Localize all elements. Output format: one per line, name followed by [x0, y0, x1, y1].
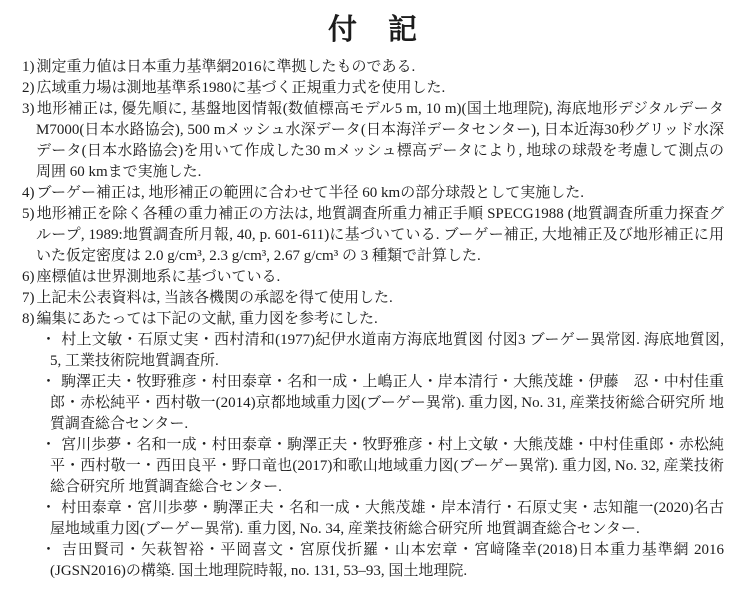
- note-text: ブーゲー補正は, 地形補正の範囲に合わせて半径 60 kmの部分球殻として実施し…: [37, 185, 584, 201]
- note-text: 広域重力場は測地基準系1980に基づく正規重力式を使用した.: [37, 80, 446, 96]
- reference-item-1: ・村上文敏・石原丈実・西村清和(1977)紀伊水道南方海底地質図 付図3 ブーゲ…: [22, 330, 724, 372]
- bullet-icon: ・: [41, 374, 56, 390]
- note-item-4: 4)ブーゲー補正は, 地形補正の範囲に合わせて半径 60 kmの部分球殻として実…: [22, 183, 724, 204]
- reference-text: 駒澤正夫・牧野雅彦・村田泰章・名和一成・上嶋正人・岸本清行・大熊茂雄・伊藤 忍・…: [50, 374, 724, 432]
- reference-item-2: ・駒澤正夫・牧野雅彦・村田泰章・名和一成・上嶋正人・岸本清行・大熊茂雄・伊藤 忍…: [22, 372, 724, 435]
- note-marker: 1): [22, 59, 35, 75]
- note-item-8: 8)編集にあたっては下記の文献, 重力図を参考にした.: [22, 309, 724, 330]
- page-title: 付 記: [22, 12, 724, 48]
- appendix-page: 付 記 1)測定重力値は日本重力基準網2016に準拠したものである. 2)広域重…: [0, 0, 746, 582]
- bullet-icon: ・: [41, 500, 56, 516]
- note-marker: 3): [22, 101, 35, 117]
- reference-item-5: ・吉田賢司・矢萩智裕・平岡喜文・宮原伐折羅・山本宏章・宮﨑隆幸(2018)日本重…: [22, 540, 724, 582]
- note-text: 編集にあたっては下記の文献, 重力図を参考にした.: [37, 311, 378, 327]
- note-marker: 2): [22, 80, 35, 96]
- note-marker: 7): [22, 290, 35, 306]
- reference-text: 吉田賢司・矢萩智裕・平岡喜文・宮原伐折羅・山本宏章・宮﨑隆幸(2018)日本重力…: [50, 542, 724, 579]
- bullet-icon: ・: [41, 437, 56, 453]
- note-item-6: 6)座標値は世界測地系に基づいている.: [22, 267, 724, 288]
- note-marker: 4): [22, 185, 35, 201]
- note-marker: 5): [22, 206, 35, 222]
- note-item-3: 3)地形補正は, 優先順に, 基盤地図情報(数値標高モデル5 m, 10 m)(…: [22, 99, 724, 183]
- reference-item-3: ・宮川歩夢・名和一成・村田泰章・駒澤正夫・牧野雅彦・村上文敏・大熊茂雄・中村佳重…: [22, 435, 724, 498]
- reference-text: 宮川歩夢・名和一成・村田泰章・駒澤正夫・牧野雅彦・村上文敏・大熊茂雄・中村佳重郎…: [50, 437, 724, 495]
- bullet-icon: ・: [41, 542, 57, 558]
- note-text: 上記未公表資料は, 当該各機関の承認を得て使用した.: [37, 290, 393, 306]
- note-item-1: 1)測定重力値は日本重力基準網2016に準拠したものである.: [22, 57, 724, 78]
- note-text: 座標値は世界測地系に基づいている.: [37, 269, 281, 285]
- note-text: 地形補正を除く各種の重力補正の方法は, 地質調査所重力補正手順 SPECG198…: [36, 206, 724, 264]
- note-text: 測定重力値は日本重力基準網2016に準拠したものである.: [37, 59, 416, 75]
- note-text: 地形補正は, 優先順に, 基盤地図情報(数値標高モデル5 m, 10 m)(国土…: [36, 101, 724, 180]
- reference-text: 村田泰章・宮川歩夢・駒澤正夫・名和一成・大熊茂雄・岸本清行・石原丈実・志知龍一(…: [50, 500, 724, 537]
- bullet-icon: ・: [41, 332, 56, 348]
- note-item-2: 2)広域重力場は測地基準系1980に基づく正規重力式を使用した.: [22, 78, 724, 99]
- note-marker: 6): [22, 269, 35, 285]
- reference-item-4: ・村田泰章・宮川歩夢・駒澤正夫・名和一成・大熊茂雄・岸本清行・石原丈実・志知龍一…: [22, 498, 724, 540]
- note-item-5: 5)地形補正を除く各種の重力補正の方法は, 地質調査所重力補正手順 SPECG1…: [22, 204, 724, 267]
- note-item-7: 7)上記未公表資料は, 当該各機関の承認を得て使用した.: [22, 288, 724, 309]
- note-marker: 8): [22, 311, 35, 327]
- reference-text: 村上文敏・石原丈実・西村清和(1977)紀伊水道南方海底地質図 付図3 ブーゲー…: [50, 332, 724, 369]
